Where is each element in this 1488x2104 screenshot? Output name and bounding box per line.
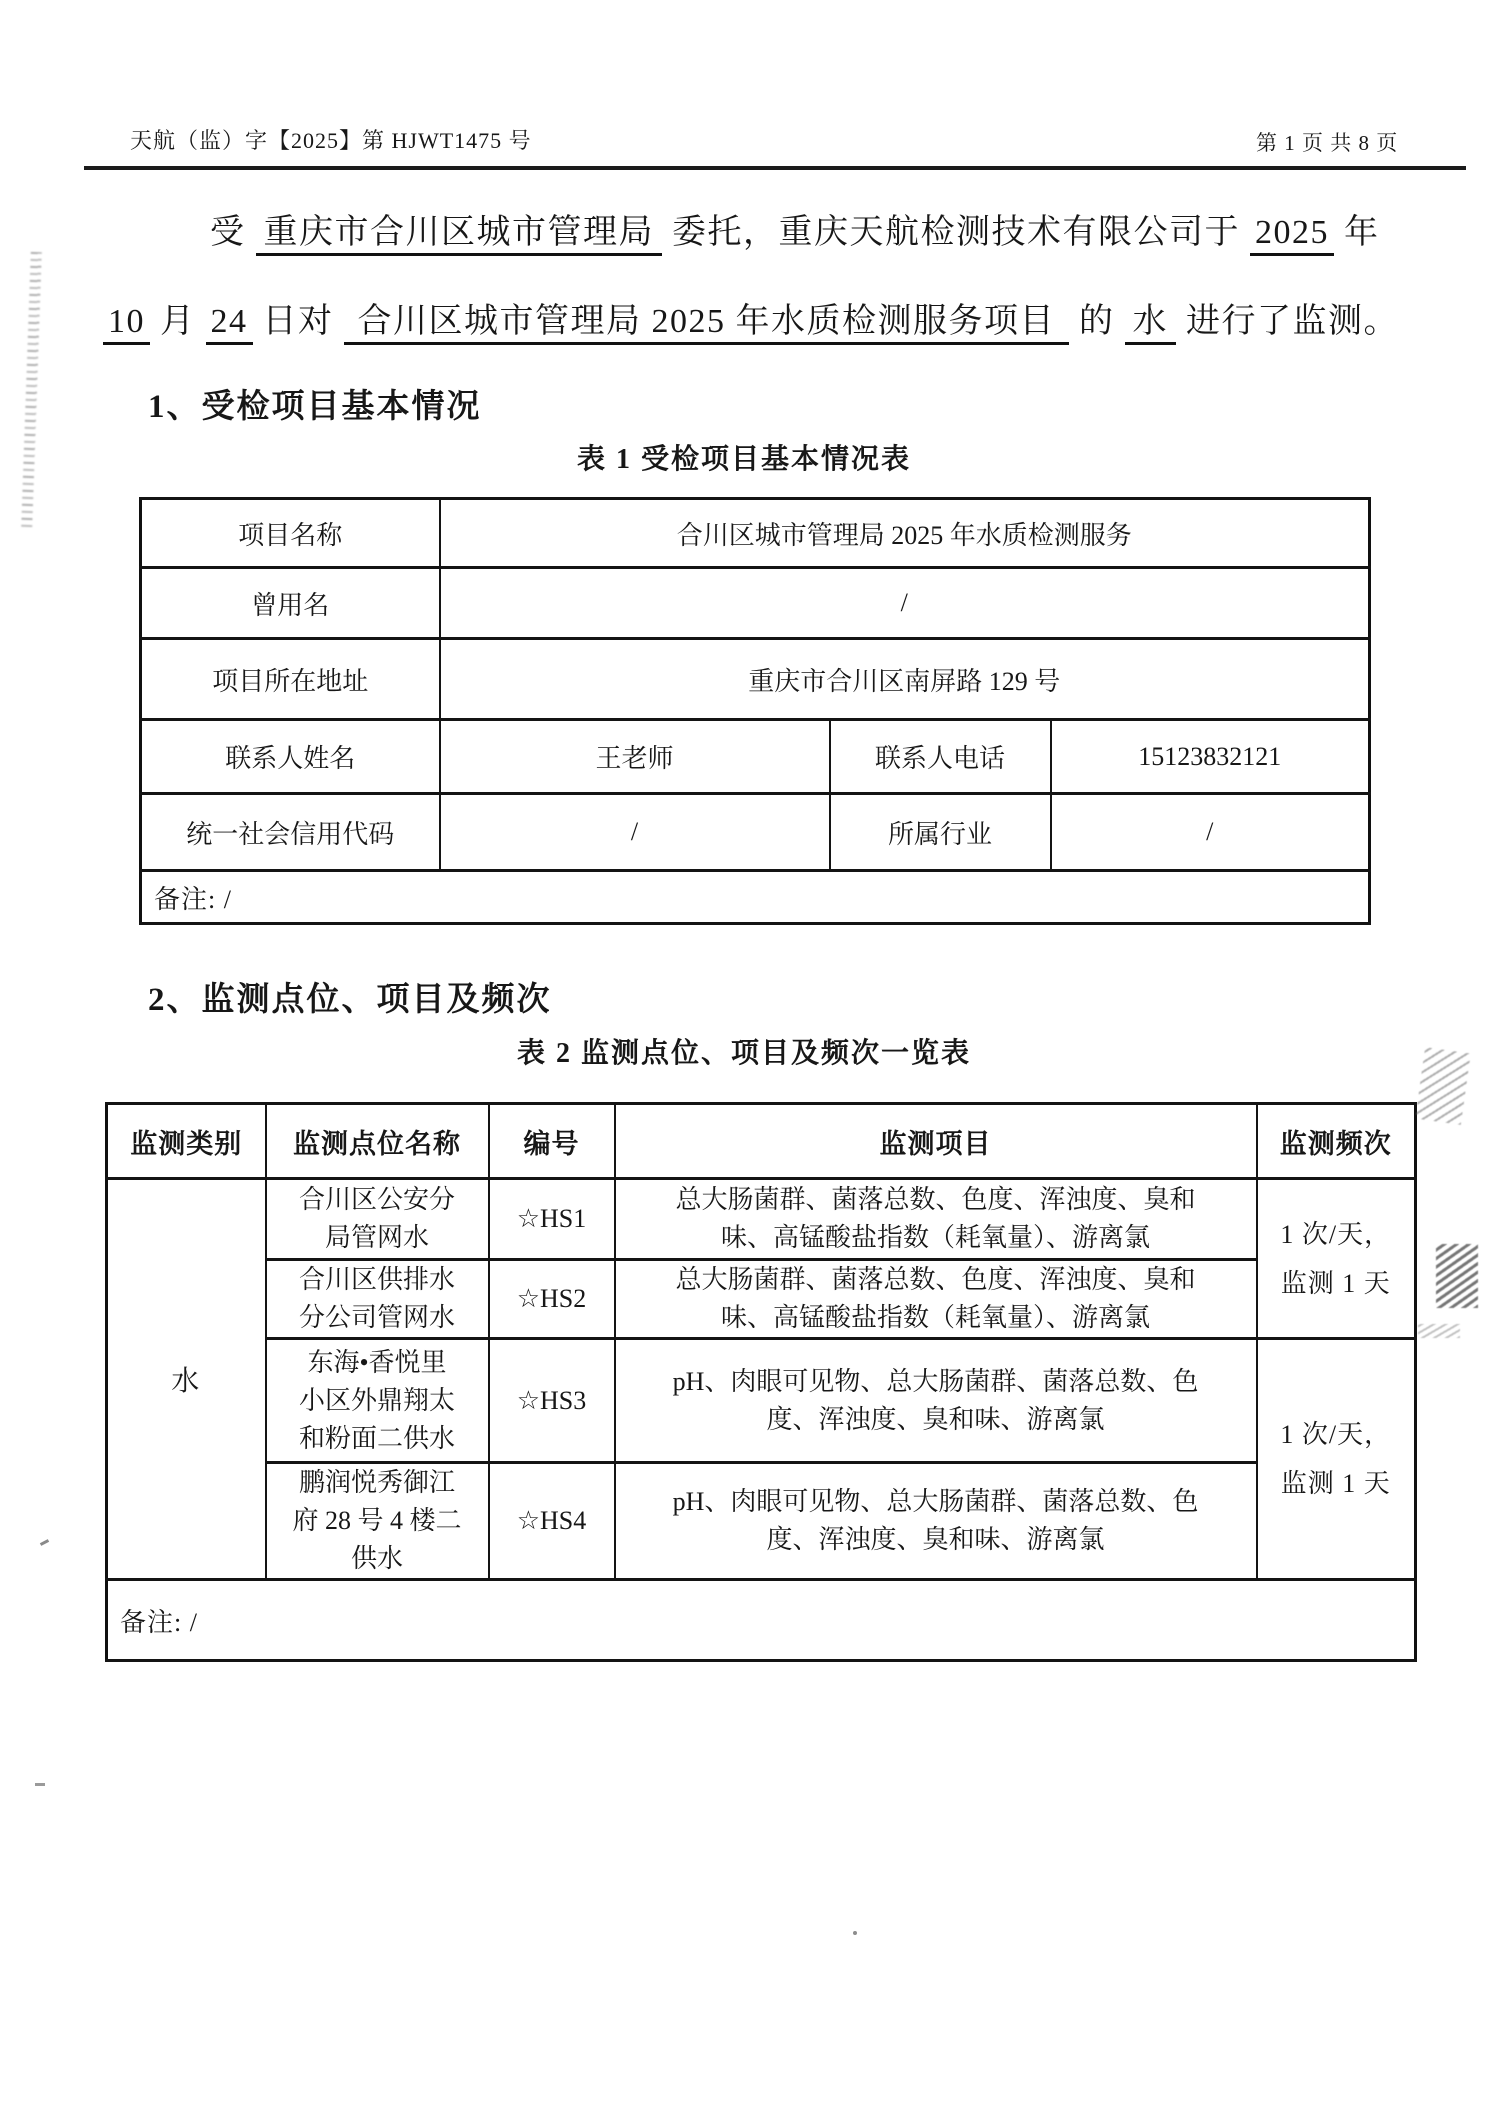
scan-speck	[35, 1783, 45, 1786]
col-header-site: 监测点位名称	[266, 1104, 489, 1179]
table-row: 备注: /	[141, 871, 1370, 924]
header-rule	[84, 166, 1466, 170]
site-code: ☆HS4	[489, 1463, 615, 1580]
col-header-items: 监测项目	[615, 1104, 1257, 1179]
table-header-row: 监测类别 监测点位名称 编号 监测项目 监测频次	[107, 1104, 1416, 1179]
table-row: 曾用名 /	[141, 568, 1370, 639]
frequency-group-2: 1 次/天， 监测 1 天	[1257, 1339, 1416, 1580]
table-row: 备注: /	[107, 1580, 1416, 1661]
scan-artifact-right-3	[1418, 1324, 1460, 1338]
col-header-code: 编号	[489, 1104, 615, 1179]
table-row: 联系人姓名 王老师 联系人电话 15123832121	[141, 720, 1370, 794]
project-name-label: 项目名称	[141, 499, 440, 568]
table2-caption: 表 2 监测点位、项目及频次一览表	[0, 1031, 1488, 1071]
project-name-value: 合川区城市管理局 2025 年水质检测服务	[440, 499, 1370, 568]
month-label: 月	[160, 303, 196, 340]
industry-label: 所属行业	[830, 794, 1051, 871]
scan-speck	[853, 1931, 857, 1935]
col-header-category: 监测类别	[107, 1104, 266, 1179]
year-underlined: 2025	[1250, 214, 1334, 256]
month-underlined: 10	[103, 303, 150, 345]
scan-artifact-left-margin	[21, 252, 42, 527]
monitoring-points-table: 监测类别 监测点位名称 编号 监测项目 监测频次 水 合川区公安分 局管网水 ☆…	[105, 1102, 1417, 1662]
industry-value: /	[1051, 794, 1370, 871]
site-code: ☆HS3	[489, 1339, 615, 1463]
intro-prefix: 受	[210, 214, 246, 251]
intro-suffix: 进行了监测。	[1186, 303, 1399, 340]
former-name-value: /	[440, 568, 1370, 639]
site-name: 合川区公安分 局管网水	[266, 1179, 489, 1260]
site-name: 合川区供排水 分公司管网水	[266, 1260, 489, 1339]
scanned-report-page: 天航（监）字【2025】第 HJWT1475 号 第 1 页 共 8 页 受重庆…	[0, 0, 1488, 2104]
table-row: 水 合川区公安分 局管网水 ☆HS1 总大肠菌群、菌落总数、色度、浑浊度、臭和 …	[107, 1179, 1416, 1260]
contact-phone-value: 15123832121	[1051, 720, 1370, 794]
intro-line-1: 受重庆市合川区城市管理局委托，重庆天航检测技术有限公司于2025年	[210, 204, 1380, 253]
page-indicator: 第 1 页 共 8 页	[1256, 127, 1398, 157]
intro-middle: 委托，重庆天航检测技术有限公司于	[672, 214, 1240, 251]
site-name: 东海•香悦里 小区外鼎翔太 和粉面二供水	[266, 1339, 489, 1463]
table-row: 项目名称 合川区城市管理局 2025 年水质检测服务	[141, 499, 1370, 568]
col-header-frequency: 监测频次	[1257, 1104, 1416, 1179]
site-code: ☆HS1	[489, 1179, 615, 1260]
credit-code-value: /	[440, 794, 830, 871]
scan-artifact-right-2	[1436, 1244, 1478, 1308]
table1-caption: 表 1 受检项目基本情况表	[0, 437, 1488, 477]
scan-speck	[40, 1539, 49, 1546]
table-row: 鹏润悦秀御江 府 28 号 4 楼二 供水 ☆HS4 pH、肉眼可见物、总大肠菌…	[107, 1463, 1416, 1580]
project-info-table: 项目名称 合川区城市管理局 2025 年水质检测服务 曾用名 / 项目所在地址 …	[139, 497, 1371, 925]
day-label: 日对	[263, 303, 334, 340]
table1-remark: 备注: /	[141, 871, 1370, 924]
client-name-underlined: 重庆市合川区城市管理局	[256, 214, 663, 256]
monitoring-items: pH、肉眼可见物、总大肠菌群、菌落总数、色 度、浑浊度、臭和味、游离氯	[615, 1463, 1257, 1580]
table-row: 项目所在地址 重庆市合川区南屏路 129 号	[141, 639, 1370, 720]
table2-remark: 备注: /	[107, 1580, 1416, 1661]
frequency-group-1: 1 次/天， 监测 1 天	[1257, 1179, 1416, 1339]
site-code: ☆HS2	[489, 1260, 615, 1339]
address-value: 重庆市合川区南屏路 129 号	[440, 639, 1370, 720]
monitoring-items: pH、肉眼可见物、总大肠菌群、菌落总数、色 度、浑浊度、臭和味、游离氯	[615, 1339, 1257, 1463]
particle-of: 的	[1079, 303, 1115, 340]
address-label: 项目所在地址	[141, 639, 440, 720]
credit-code-label: 统一社会信用代码	[141, 794, 440, 871]
category-water: 水	[107, 1179, 266, 1580]
year-suffix: 年	[1344, 214, 1380, 251]
monitoring-items: 总大肠菌群、菌落总数、色度、浑浊度、臭和 味、高锰酸盐指数（耗氧量）、游离氯	[615, 1179, 1257, 1260]
section1-heading: 1、受检项目基本情况	[148, 380, 482, 427]
contact-phone-label: 联系人电话	[830, 720, 1051, 794]
contact-name-value: 王老师	[440, 720, 830, 794]
former-name-label: 曾用名	[141, 568, 440, 639]
project-name-underlined: 合川区城市管理局 2025 年水质检测服务项目	[344, 303, 1070, 345]
table-row: 合川区供排水 分公司管网水 ☆HS2 总大肠菌群、菌落总数、色度、浑浊度、臭和 …	[107, 1260, 1416, 1339]
sample-type-underlined: 水	[1125, 303, 1177, 345]
section2-heading: 2、监测点位、项目及频次	[148, 973, 552, 1020]
site-name: 鹏润悦秀御江 府 28 号 4 楼二 供水	[266, 1463, 489, 1580]
monitoring-items: 总大肠菌群、菌落总数、色度、浑浊度、臭和 味、高锰酸盐指数（耗氧量）、游离氯	[615, 1260, 1257, 1339]
day-underlined: 24	[206, 303, 253, 345]
intro-line-2: 10月24日对合川区城市管理局 2025 年水质检测服务项目的水进行了监测。	[103, 293, 1399, 342]
contact-name-label: 联系人姓名	[141, 720, 440, 794]
table-row: 东海•香悦里 小区外鼎翔太 和粉面二供水 ☆HS3 pH、肉眼可见物、总大肠菌群…	[107, 1339, 1416, 1463]
table-row: 统一社会信用代码 / 所属行业 /	[141, 794, 1370, 871]
doc-number: 天航（监）字【2025】第 HJWT1475 号	[130, 124, 532, 155]
